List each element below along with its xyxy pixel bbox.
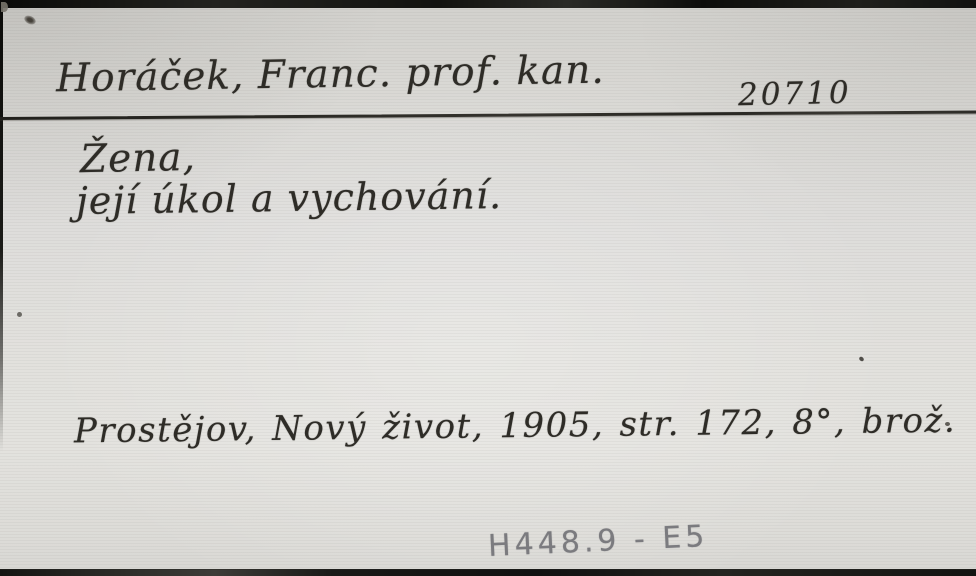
corner-scan-artifact	[1, 2, 8, 12]
scan-left-edge	[0, 0, 3, 452]
catalog-number: 20710	[738, 75, 852, 113]
heading-underline-rule	[0, 110, 976, 120]
paper-speck	[945, 422, 950, 426]
scan-bottom-edge	[0, 569, 976, 576]
catalog-card-scan: Horáček, Franc. prof. kan. 20710 Žena, j…	[0, 0, 976, 576]
scan-top-edge	[0, 0, 976, 8]
imprint-line: Prostějov, Nový život, 1905, str. 172, 8…	[74, 401, 957, 452]
title-line-1: Žena,	[80, 135, 197, 182]
shelfmark-pencil-note: H448.9 - E5	[487, 519, 709, 564]
paper-speck	[17, 312, 22, 317]
ink-blot	[23, 14, 37, 26]
title-line-2: její úkol a vychování.	[76, 173, 503, 223]
paper-speck	[858, 356, 864, 362]
author-heading: Horáček, Franc. prof. kan.	[56, 48, 605, 102]
